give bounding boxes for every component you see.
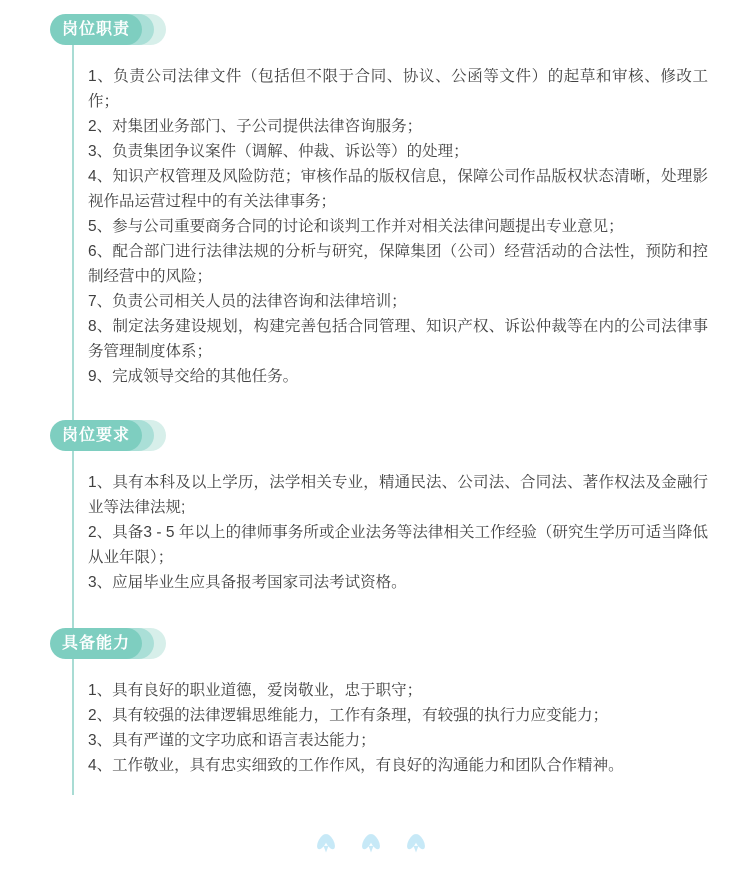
list-item: 3、具有严谨的文字功底和语言表达能力； xyxy=(88,728,708,753)
section-title: 具备能力 xyxy=(62,635,130,652)
list-item: 7、负责公司相关人员的法律咨询和法律培训； xyxy=(88,289,708,314)
list-item: 1、负责公司法律文件（包括但不限于合同、协议、公函等文件）的起草和审核、修改工作… xyxy=(88,64,708,114)
section-abilities-list: 1、具有良好的职业道德，爱岗敬业，忠于职守；2、具有较强的法律逻辑思维能力，工作… xyxy=(88,678,708,778)
list-item: 4、知识产权管理及风险防范；审核作品的版权信息，保障公司作品版权状态清晰，处理影… xyxy=(88,164,708,214)
list-item: 9、完成领导交给的其他任务。 xyxy=(88,364,708,389)
butterfly-icon xyxy=(406,832,426,858)
section-requirements-list: 1、具有本科及以上学历，法学相关专业，精通民法、公司法、合同法、著作权法及金融行… xyxy=(88,470,708,595)
section-responsibilities-list: 1、负责公司法律文件（包括但不限于合同、协议、公函等文件）的起草和审核、修改工作… xyxy=(88,64,708,389)
job-description-page: 岗位职责 1、负责公司法律文件（包括但不限于合同、协议、公函等文件）的起草和审核… xyxy=(0,0,731,882)
section-tag-responsibilities: 岗位职责 xyxy=(50,14,142,45)
list-item: 1、具有本科及以上学历，法学相关专业，精通民法、公司法、合同法、著作权法及金融行… xyxy=(88,470,708,520)
footer-decoration xyxy=(316,832,426,858)
section-tag-requirements: 岗位要求 xyxy=(50,420,142,451)
list-item: 1、具有良好的职业道德，爱岗敬业，忠于职守； xyxy=(88,678,708,703)
list-item: 2、具备3 - 5 年以上的律师事务所或企业法务等法律相关工作经验（研究生学历可… xyxy=(88,520,708,570)
section-tag-abilities: 具备能力 xyxy=(50,628,142,659)
list-item: 3、负责集团争议案件（调解、仲裁、诉讼等）的处理； xyxy=(88,139,708,164)
list-item: 8、制定法务建设规划，构建完善包括合同管理、知识产权、诉讼仲裁等在内的公司法律事… xyxy=(88,314,708,364)
butterfly-icon xyxy=(316,832,336,858)
butterfly-icon xyxy=(361,832,381,858)
section-title: 岗位职责 xyxy=(62,21,130,38)
list-item: 2、对集团业务部门、子公司提供法律咨询服务； xyxy=(88,114,708,139)
list-item: 5、参与公司重要商务合同的讨论和谈判工作并对相关法律问题提出专业意见； xyxy=(88,214,708,239)
list-item: 4、工作敬业，具有忠实细致的工作作风，有良好的沟通能力和团队合作精神。 xyxy=(88,753,708,778)
list-item: 3、应届毕业生应具备报考国家司法考试资格。 xyxy=(88,570,708,595)
list-item: 2、具有较强的法律逻辑思维能力，工作有条理，有较强的执行力应变能力； xyxy=(88,703,708,728)
list-item: 6、配合部门进行法律法规的分析与研究，保障集团（公司）经营活动的合法性，预防和控… xyxy=(88,239,708,289)
section-title: 岗位要求 xyxy=(62,427,130,444)
